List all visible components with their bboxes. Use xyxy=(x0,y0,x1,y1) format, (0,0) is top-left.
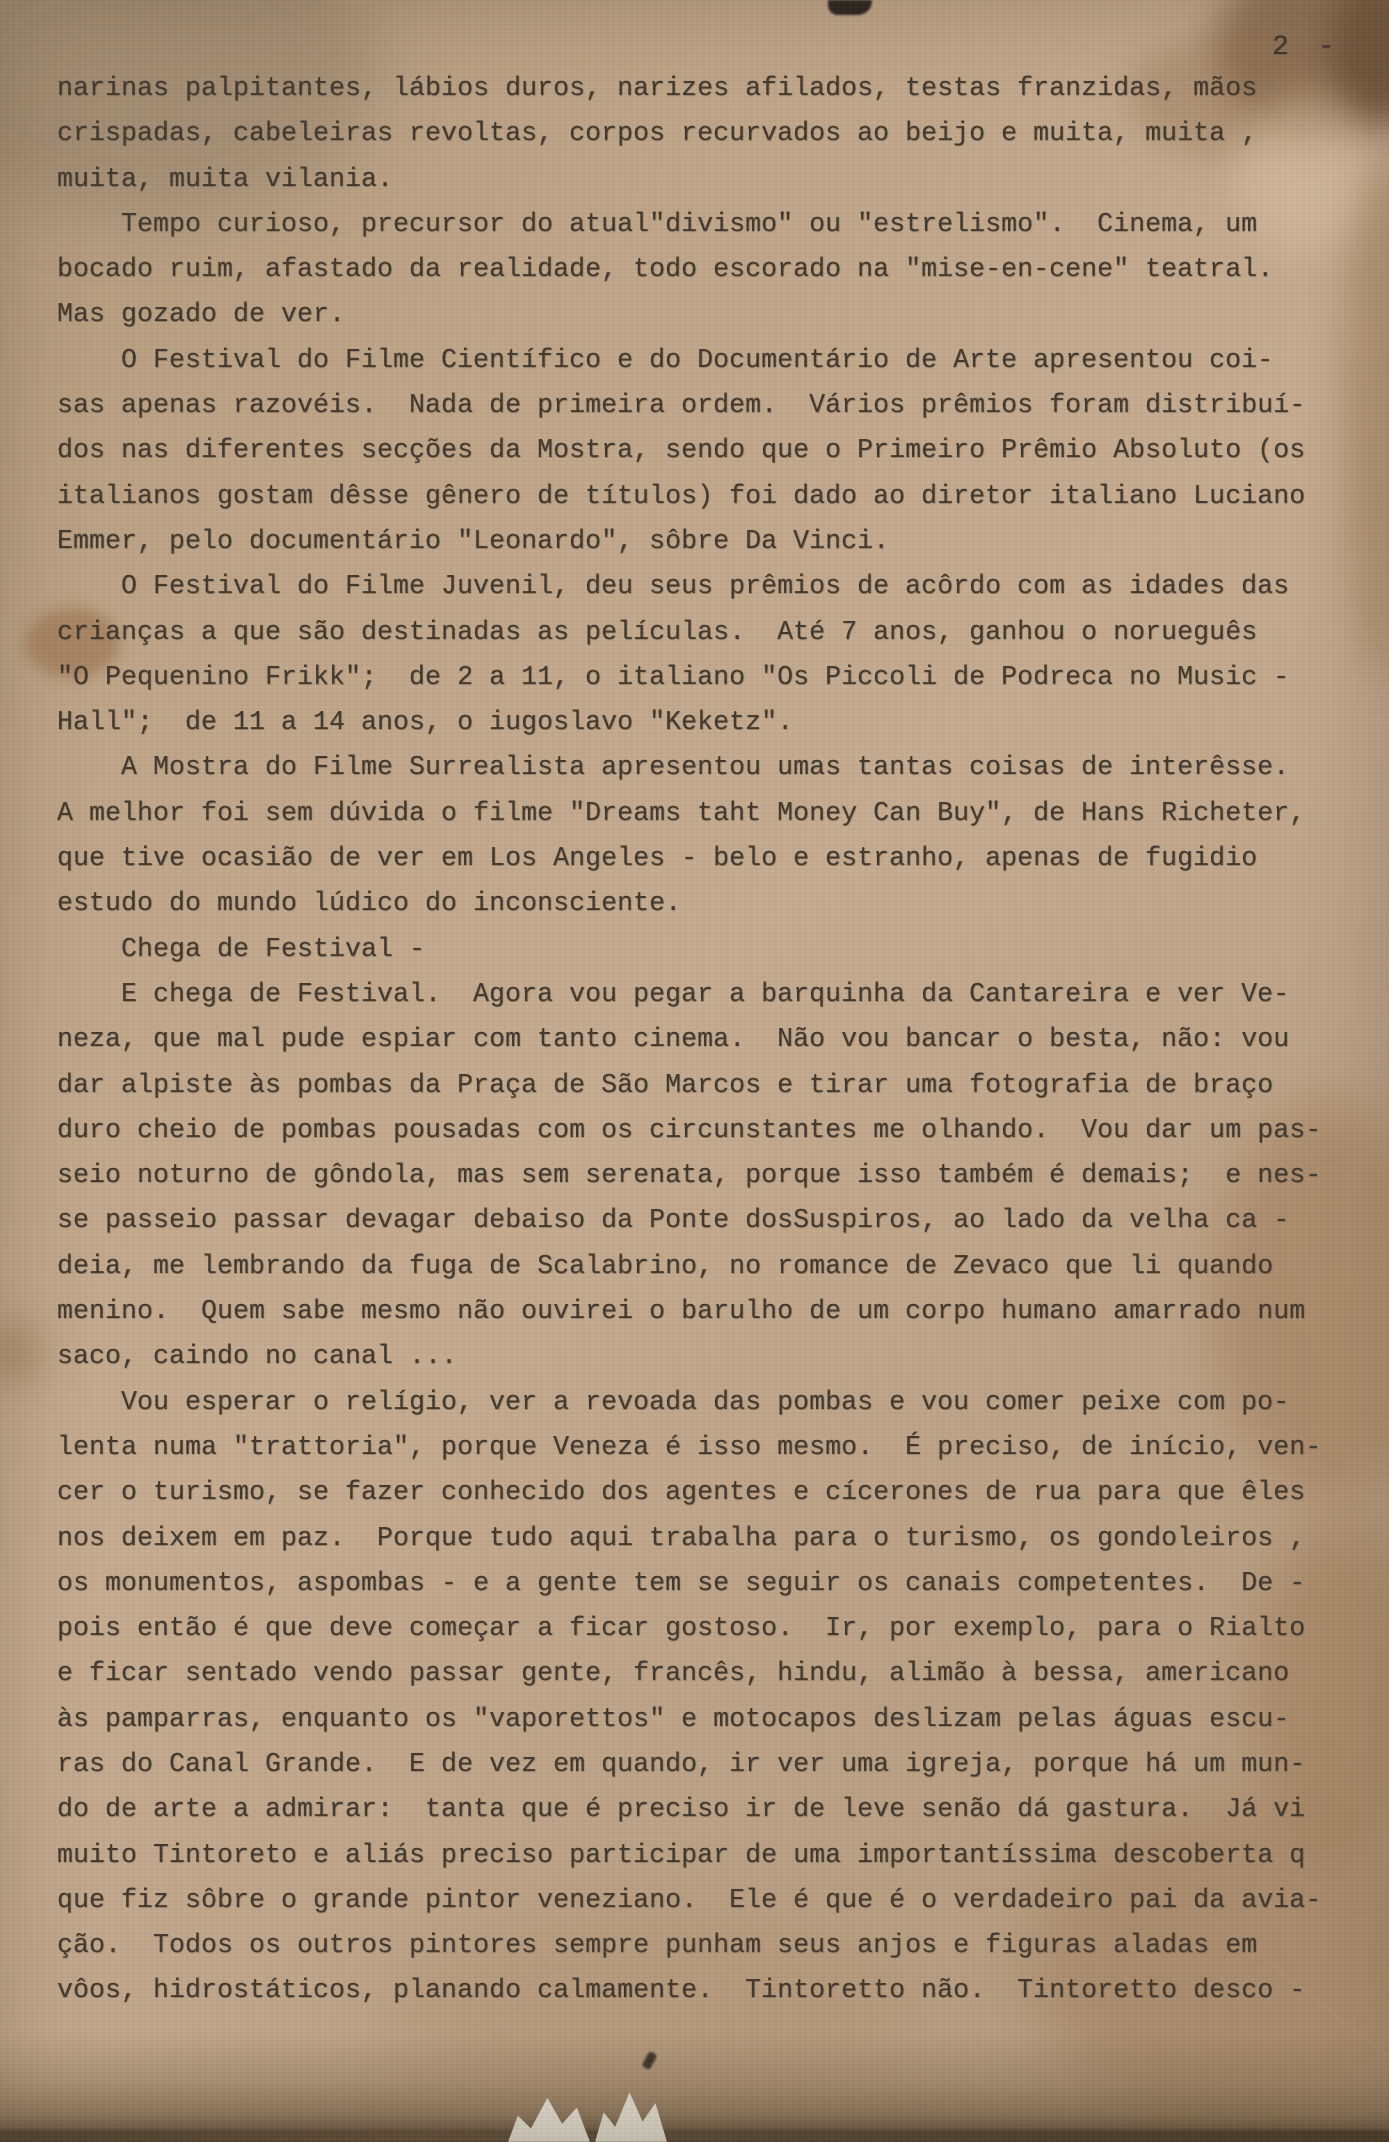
text-line: muita, muita vilania. xyxy=(57,157,1361,202)
text-line: ras do Canal Grande. E de vez em quando,… xyxy=(57,1742,1361,1787)
bottom-dark-strip xyxy=(0,2130,1389,2142)
typewritten-page: 2 - narinas palpitantes, lábios duros, n… xyxy=(0,0,1389,2142)
text-line: neza, que mal pude espiar com tanto cine… xyxy=(57,1017,1361,1062)
text-line: crianças a que são destinadas as películ… xyxy=(57,610,1361,655)
text-line: saco, caindo no canal ... xyxy=(57,1334,1361,1379)
text-line: lenta numa "trattoria", porque Veneza é … xyxy=(57,1425,1361,1470)
text-line: se passeio passar devagar debaiso da Pon… xyxy=(57,1198,1361,1243)
text-line: A melhor foi sem dúvida o filme "Dreams … xyxy=(57,791,1361,836)
text-line: crispadas, cabeleiras revoltas, corpos r… xyxy=(57,111,1361,156)
text-line: dos nas diferentes secções da Mostra, se… xyxy=(57,428,1361,473)
text-line: italianos gostam dêsse gênero de títulos… xyxy=(57,474,1361,519)
ink-spot-top xyxy=(828,0,872,15)
text-line: vôos, hidrostáticos, planando calmamente… xyxy=(57,1968,1361,2013)
stain-left-small xyxy=(0,1320,40,1385)
text-line: cer o turismo, se fazer conhecido dos ag… xyxy=(57,1470,1361,1515)
text-line: A Mostra do Filme Surrealista apresentou… xyxy=(57,745,1361,790)
text-line: sas apenas razovéis. Nada de primeira or… xyxy=(57,383,1361,428)
text-line: Mas gozado de ver. xyxy=(57,292,1361,337)
text-line: deia, me lembrando da fuga de Scalabrino… xyxy=(57,1244,1361,1289)
text-line: estudo do mundo lúdico do inconsciente. xyxy=(57,881,1361,926)
text-line: O Festival do Filme Juvenil, deu seus pr… xyxy=(57,564,1361,609)
page-number: 2 - xyxy=(1272,32,1340,63)
text-line: O Festival do Filme Científico e do Docu… xyxy=(57,338,1361,383)
text-line: seio noturno de gôndola, mas sem serenat… xyxy=(57,1153,1361,1198)
text-line: do de arte a admirar: tanta que é precis… xyxy=(57,1787,1361,1832)
torn-bottom-edge xyxy=(0,2032,1389,2142)
text-line: e ficar sentado vendo passar gente, fran… xyxy=(57,1651,1361,1696)
text-line: menino. Quem sabe mesmo não ouvirei o ba… xyxy=(57,1289,1361,1334)
text-line: os monumentos, aspombas - e a gente tem … xyxy=(57,1561,1361,1606)
text-line: duro cheio de pombas pousadas com os cir… xyxy=(57,1108,1361,1153)
text-line: dar alpiste às pombas da Praça de São Ma… xyxy=(57,1063,1361,1108)
text-line: narinas palpitantes, lábios duros, nariz… xyxy=(57,66,1361,111)
text-line: nos deixem em paz. Porque tudo aqui trab… xyxy=(57,1516,1361,1561)
text-line: Chega de Festival - xyxy=(57,927,1361,972)
text-line: E chega de Festival. Agora vou pegar a b… xyxy=(57,972,1361,1017)
text-line: muito Tintoreto e aliás preciso particip… xyxy=(57,1833,1361,1878)
text-line: "O Pequenino Frikk"; de 2 a 11, o italia… xyxy=(57,655,1361,700)
text-line: pois então é que deve começar a ficar go… xyxy=(57,1606,1361,1651)
text-line: Tempo curioso, precursor do atual"divism… xyxy=(57,202,1361,247)
text-line: que fiz sôbre o grande pintor veneziano.… xyxy=(57,1878,1361,1923)
typed-text: narinas palpitantes, lábios duros, nariz… xyxy=(57,66,1361,2014)
text-line: bocado ruim, afastado da realidade, todo… xyxy=(57,247,1361,292)
text-line: Hall"; de 11 a 14 anos, o iugoslavo "Kek… xyxy=(57,700,1361,745)
text-line: que tive ocasião de ver em Los Angeles -… xyxy=(57,836,1361,881)
text-line: Vou esperar o relígio, ver a revoada das… xyxy=(57,1380,1361,1425)
text-line: ção. Todos os outros pintores sempre pun… xyxy=(57,1923,1361,1968)
text-line: às pamparras, enquanto os "vaporettos" e… xyxy=(57,1697,1361,1742)
text-line: Emmer, pelo documentário "Leonardo", sôb… xyxy=(57,519,1361,564)
